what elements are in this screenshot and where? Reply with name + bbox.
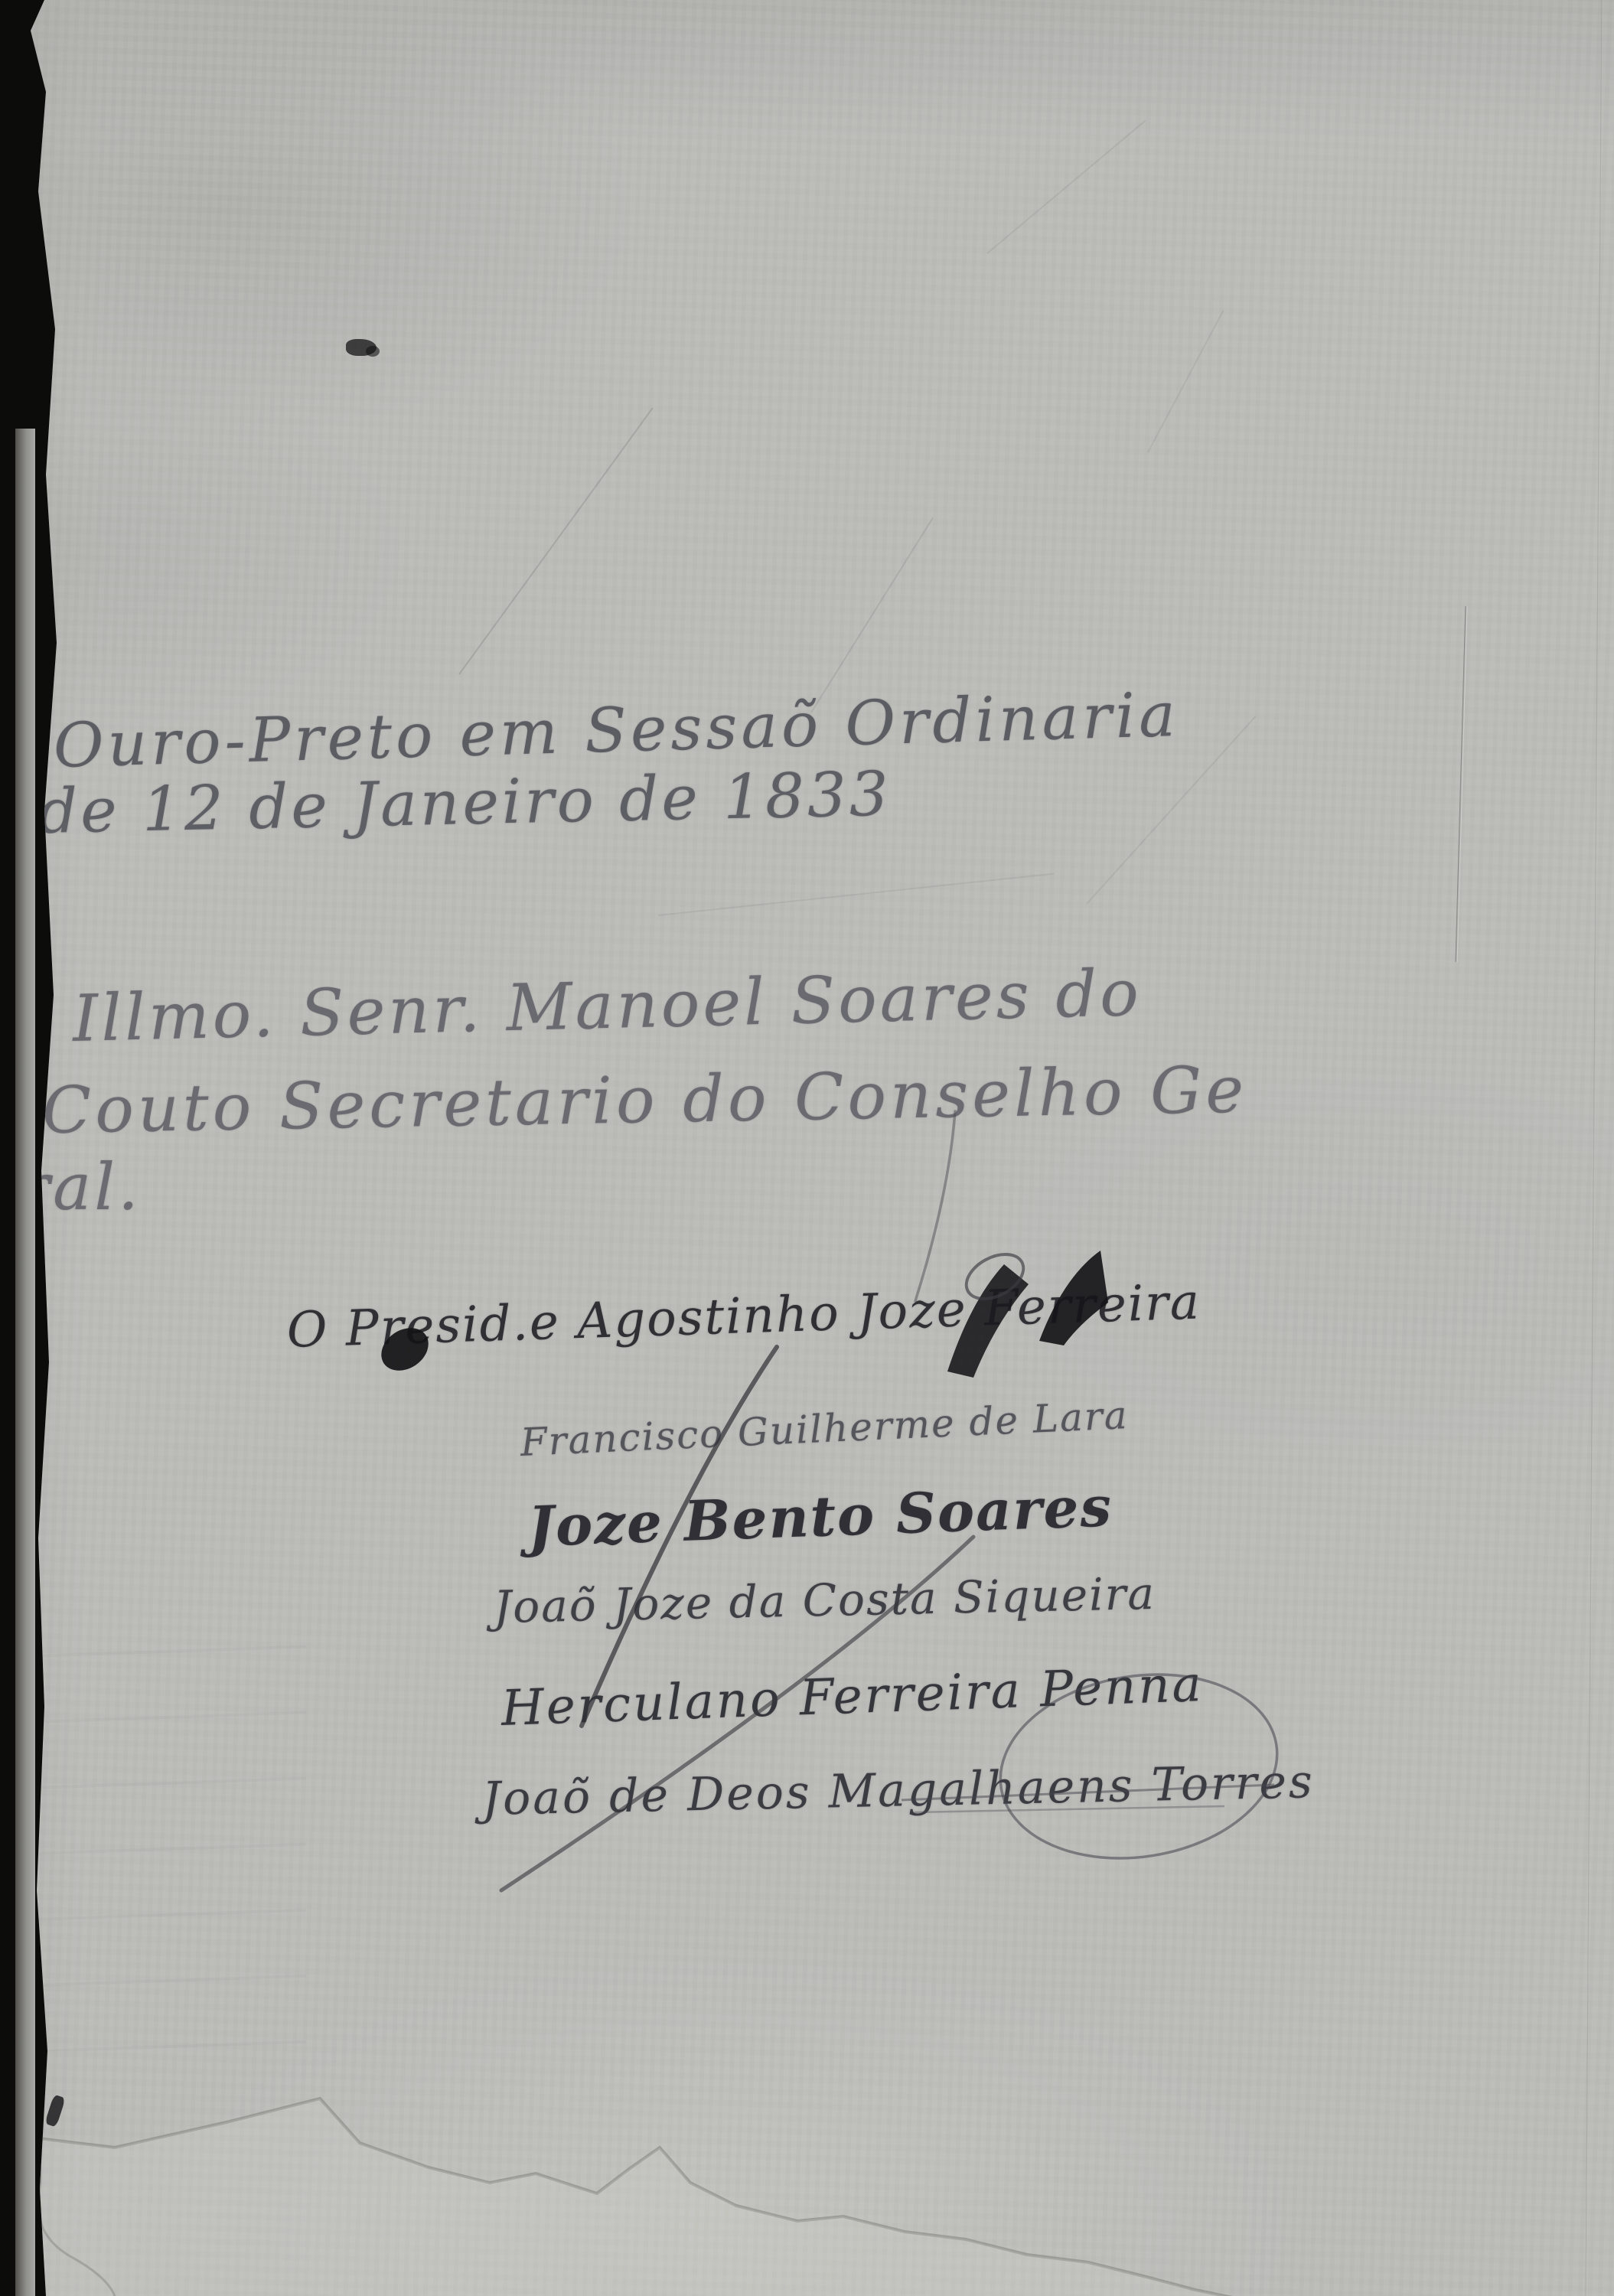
ink-flourishes-layer — [0, 0, 1614, 2296]
underlying-page-edge — [15, 429, 35, 2296]
long-descender — [582, 1347, 777, 1726]
manuscript-scan: Ouro-Preto em Sessaõ Ordinaria de 12 de … — [0, 0, 1614, 2296]
water-stain-area — [0, 2099, 1244, 2296]
flourish-underline — [915, 1806, 1224, 1812]
paraph-wedge — [1039, 1251, 1108, 1345]
flourish-underline — [902, 1785, 1274, 1800]
long-descender — [501, 1537, 973, 1890]
penna-circle-flourish — [987, 1655, 1290, 1877]
paper-sheet: Ouro-Preto em Sessaõ Ordinaria de 12 de … — [0, 0, 1614, 2296]
paraph-wedge — [947, 1264, 1029, 1378]
descender-stroke — [915, 1111, 955, 1301]
